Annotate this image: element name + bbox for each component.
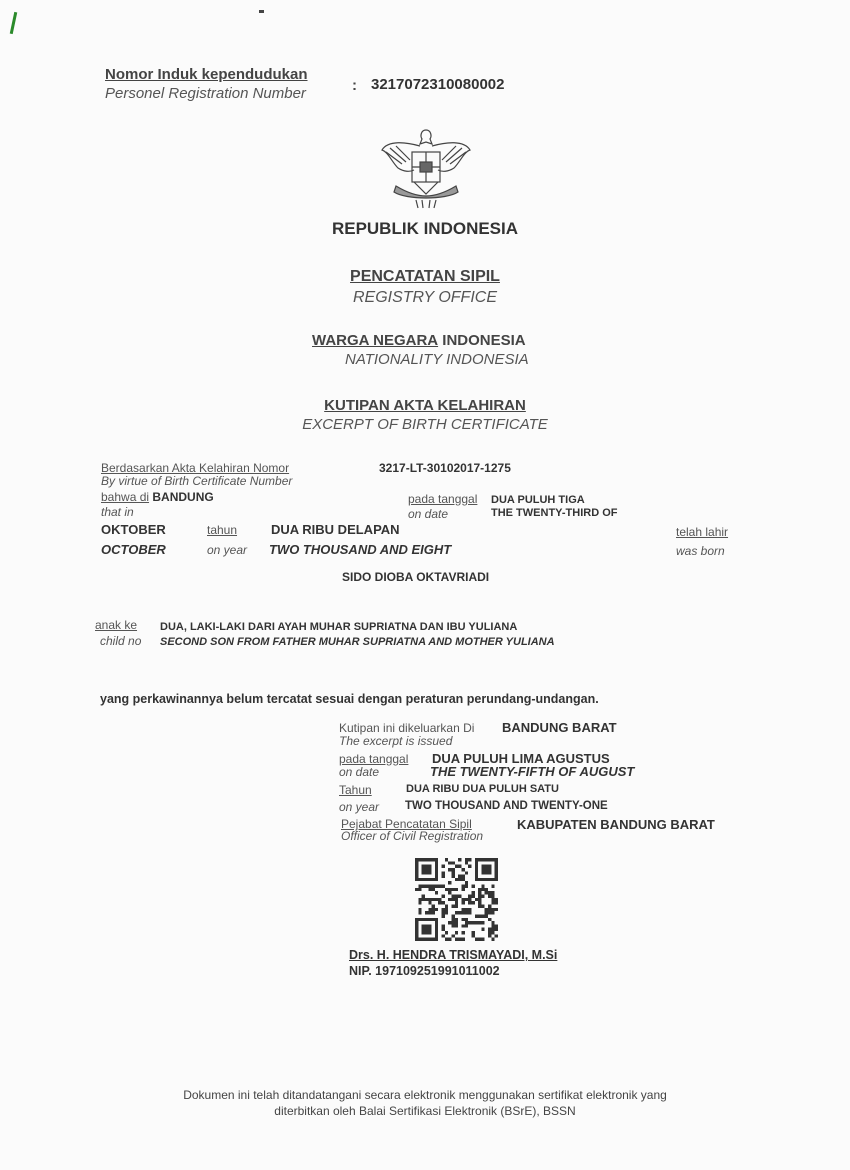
scan-dot: [259, 10, 264, 13]
place-line: bahwa di BANDUNG: [101, 490, 214, 504]
nationality-value: INDONESIA: [442, 332, 525, 349]
date-value: DUA PULUH TIGA: [491, 494, 585, 506]
nik-value: 3217072310080002: [371, 76, 504, 93]
year-label-en: on year: [207, 543, 247, 557]
date-label: pada tanggal: [408, 492, 477, 506]
nik-label: Nomor Induk kependudukan: [105, 66, 308, 83]
cert-label-en: By virtue of Birth Certificate Number: [101, 474, 292, 488]
marriage-note: yang perkawinannya belum tercatat sesuai…: [100, 692, 599, 706]
place-value: BANDUNG: [152, 490, 213, 504]
signer-name: Drs. H. HENDRA TRISMAYADI, M.Si: [349, 948, 557, 962]
issued-place: BANDUNG BARAT: [502, 720, 617, 735]
issue-year-value: DUA RIBU DUA PULUH SATU: [406, 783, 559, 795]
nik-label-en: Personel Registration Number: [105, 85, 306, 102]
nationality-en: NATIONALITY INDONESIA: [345, 351, 529, 368]
issue-date-label: pada tanggal: [339, 752, 408, 766]
year-value: DUA RIBU DELAPAN: [271, 522, 400, 537]
date-label-en: on date: [408, 507, 448, 521]
issued-label-en: The excerpt is issued: [339, 734, 452, 748]
child-label: anak ke: [95, 618, 137, 632]
scan-mark: [10, 12, 18, 34]
officer-label-en: Officer of Civil Registration: [341, 829, 483, 843]
child-value-en: SECOND SON FROM FATHER MUHAR SUPRIATNA A…: [160, 636, 555, 648]
child-name: SIDO DIOBA OKTAVRIADI: [342, 570, 489, 584]
footer-line-2: diterbitkan oleh Balai Sertifikasi Elekt…: [0, 1104, 850, 1118]
nik-colon: :: [352, 77, 357, 94]
office-title-en: REGISTRY OFFICE: [0, 289, 850, 307]
issue-date-label-en: on date: [339, 765, 379, 779]
doc-title: KUTIPAN AKTA KELAHIRAN: [0, 397, 850, 414]
officer-value: KABUPATEN BANDUNG BARAT: [517, 817, 715, 832]
born-label: telah lahir: [676, 525, 728, 539]
qr-code-icon: [415, 858, 498, 941]
footer-line-1: Dokumen ini telah ditandatangani secara …: [0, 1088, 850, 1102]
birth-month-en: OCTOBER: [101, 542, 166, 557]
issue-year-label-en: on year: [339, 800, 379, 814]
signer-nip: NIP. 197109251991011002: [349, 964, 500, 978]
child-value: DUA, LAKI-LAKI DARI AYAH MUHAR SUPRIATNA…: [160, 621, 517, 633]
doc-title-en: EXCERPT OF BIRTH CERTIFICATE: [0, 416, 850, 433]
date-value-en: THE TWENTY-THIRD OF: [491, 507, 618, 519]
republic-title: REPUBLIK INDONESIA: [0, 219, 850, 239]
year-value-en: TWO THOUSAND AND EIGHT: [269, 542, 451, 557]
issue-year-value-en: TWO THOUSAND AND TWENTY-ONE: [405, 800, 608, 812]
place-label-en: that in: [101, 505, 134, 519]
nationality-label: WARGA NEGARA: [312, 332, 438, 349]
child-label-en: child no: [100, 634, 141, 648]
issue-date-value-en: THE TWENTY-FIFTH OF AUGUST: [430, 764, 634, 779]
cert-label: Berdasarkan Akta Kelahiran Nomor: [101, 461, 289, 475]
issued-label: Kutipan ini dikeluarkan Di: [339, 721, 474, 735]
office-title: PENCATATAN SIPIL: [0, 268, 850, 286]
issue-year-label: Tahun: [339, 783, 372, 797]
cert-number: 3217-LT-30102017-1275: [379, 461, 511, 475]
birth-month: OKTOBER: [101, 522, 166, 537]
year-label: tahun: [207, 523, 237, 537]
nationality-line: WARGA NEGARA INDONESIA: [312, 332, 526, 349]
born-label-en: was born: [676, 544, 725, 558]
garuda-emblem-icon: [376, 122, 476, 212]
place-label: bahwa di: [101, 490, 149, 504]
